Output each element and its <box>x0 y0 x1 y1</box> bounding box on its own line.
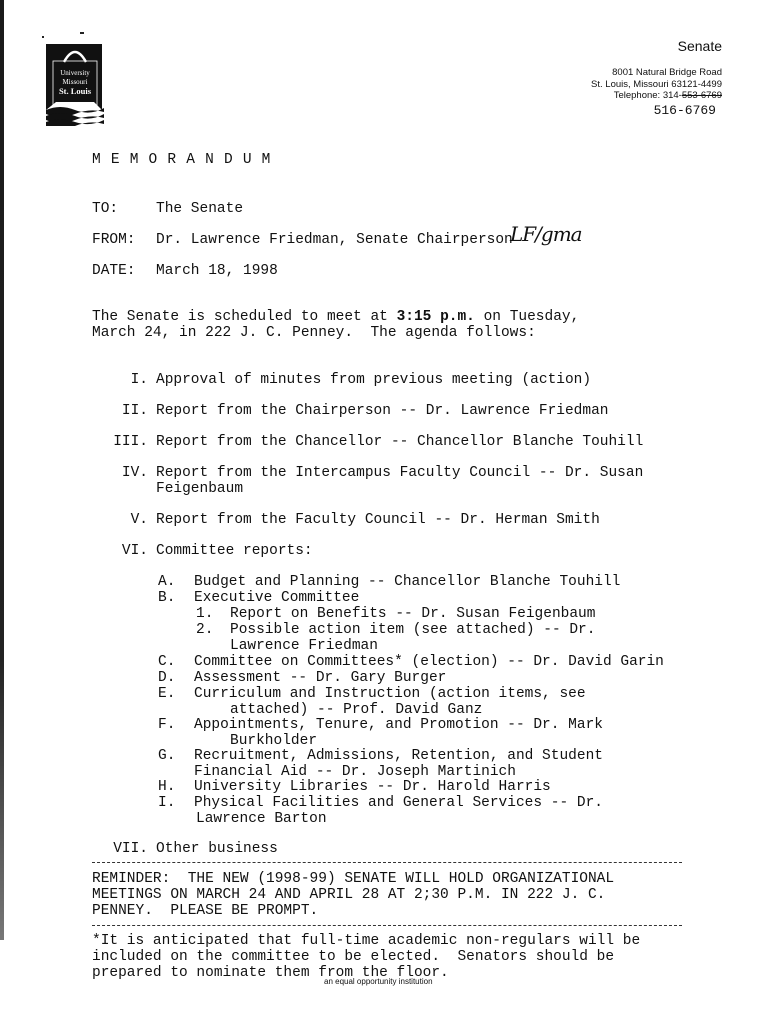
committee-letter: C. <box>158 654 175 670</box>
subitem-text-continued: Lawrence Friedman <box>230 638 378 654</box>
scan-speck <box>42 36 44 38</box>
subitem-text: Possible action item (see attached) -- D… <box>230 622 595 638</box>
svg-text:Missouri: Missouri <box>63 78 88 86</box>
agenda-item: Report from the Intercampus Faculty Coun… <box>156 465 643 481</box>
telephone-old-number: 553-6769 <box>682 90 722 101</box>
committee-item: Appointments, Tenure, and Promotion -- D… <box>194 717 603 733</box>
intro-line-2: March 24, in 222 J. C. Penney. The agend… <box>92 325 536 341</box>
svg-text:University: University <box>60 69 90 77</box>
subitem-text: Report on Benefits -- Dr. Susan Feigenba… <box>230 606 595 622</box>
intro-text: The Senate is scheduled to meet at <box>92 309 397 325</box>
date-label: DATE: <box>92 263 136 279</box>
committee-item: Physical Facilities and General Services… <box>194 795 603 811</box>
intro-text: on Tuesday, <box>475 309 579 325</box>
committee-item: Executive Committee <box>194 590 359 606</box>
agenda-number: V. <box>131 512 148 528</box>
committee-letter: E. <box>158 686 175 702</box>
dashed-divider <box>92 925 682 926</box>
handwritten-initials: LF/gma <box>510 222 582 246</box>
committee-letter: G. <box>158 748 175 764</box>
agenda-item: Committee reports: <box>156 543 313 559</box>
equal-opportunity-footer: an equal opportunity institution <box>324 977 433 986</box>
scan-edge <box>0 0 4 940</box>
reminder-line-2: MEETINGS ON MARCH 24 AND APRIL 28 AT 2;3… <box>92 887 605 903</box>
date-value: March 18, 1998 <box>156 263 278 279</box>
intro-line-1: The Senate is scheduled to meet at 3:15 … <box>92 309 579 325</box>
agenda-number: VI. <box>122 543 148 559</box>
reminder-line-3: PENNEY. PLEASE BE PROMPT. <box>92 903 318 919</box>
committee-item: Curriculum and Instruction (action items… <box>194 686 586 702</box>
agenda-item: Report from the Chairperson -- Dr. Lawre… <box>156 403 608 419</box>
unit-name: Senate <box>591 38 722 54</box>
committee-item-continued: Financial Aid -- Dr. Joseph Martinich <box>194 764 516 780</box>
scan-speck <box>80 32 84 34</box>
committee-item-continued: Burkholder <box>230 733 317 749</box>
committee-letter: F. <box>158 717 175 733</box>
committee-letter: B. <box>158 590 175 606</box>
committee-letter: D. <box>158 670 175 686</box>
address-line-1: 8001 Natural Bridge Road <box>591 67 722 79</box>
subitem-number: 2. <box>196 622 213 638</box>
memo-title: M E M O R A N D U M <box>92 152 271 168</box>
agenda-item-continued: Feigenbaum <box>156 481 243 497</box>
university-logo: University Missouri St. Louis <box>44 42 104 124</box>
committee-item: University Libraries -- Dr. Harold Harri… <box>194 779 551 795</box>
committee-item-continued: attached) -- Prof. David Ganz <box>230 702 482 718</box>
svg-text:St. Louis: St. Louis <box>59 86 92 96</box>
agenda-number: VII. <box>113 841 148 857</box>
from-label: FROM: <box>92 232 136 248</box>
meeting-time: 3:15 p.m. <box>397 309 475 325</box>
dashed-divider <box>92 862 682 863</box>
agenda-item: Report from the Chancellor -- Chancellor… <box>156 434 643 450</box>
to-label: TO: <box>92 201 118 217</box>
reminder-line-1: REMINDER: THE NEW (1998-99) SENATE WILL … <box>92 871 614 887</box>
from-value: Dr. Lawrence Friedman, Senate Chairperso… <box>156 232 513 248</box>
agenda-number: I. <box>131 372 148 388</box>
agenda-item: Report from the Faculty Council -- Dr. H… <box>156 512 600 528</box>
agenda-number: II. <box>122 403 148 419</box>
committee-letter: A. <box>158 574 175 590</box>
telephone-line: Telephone: 314-553-6769 <box>591 90 722 102</box>
agenda-number: III. <box>113 434 148 450</box>
to-value: The Senate <box>156 201 243 217</box>
committee-item-continued: Lawrence Barton <box>196 811 327 827</box>
committee-item: Committee on Committees* (election) -- D… <box>194 654 664 670</box>
footnote-line-1: *It is anticipated that full-time academ… <box>92 933 640 949</box>
letterhead: Senate 8001 Natural Bridge Road St. Loui… <box>591 38 722 118</box>
subitem-number: 1. <box>196 606 213 622</box>
committee-item: Budget and Planning -- Chancellor Blanch… <box>194 574 620 590</box>
telephone-new-number: 516-6769 <box>591 103 716 118</box>
address-line-2: St. Louis, Missouri 63121-4499 <box>591 79 722 91</box>
telephone-prefix: Telephone: 314- <box>614 90 682 101</box>
committee-letter: H. <box>158 779 175 795</box>
committee-item: Assessment -- Dr. Gary Burger <box>194 670 446 686</box>
agenda-item: Other business <box>156 841 278 857</box>
footnote-line-2: included on the committee to be elected.… <box>92 949 614 965</box>
agenda-item: Approval of minutes from previous meetin… <box>156 372 591 388</box>
committee-letter: I. <box>158 795 175 811</box>
committee-item: Recruitment, Admissions, Retention, and … <box>194 748 603 764</box>
agenda-number: IV. <box>122 465 148 481</box>
